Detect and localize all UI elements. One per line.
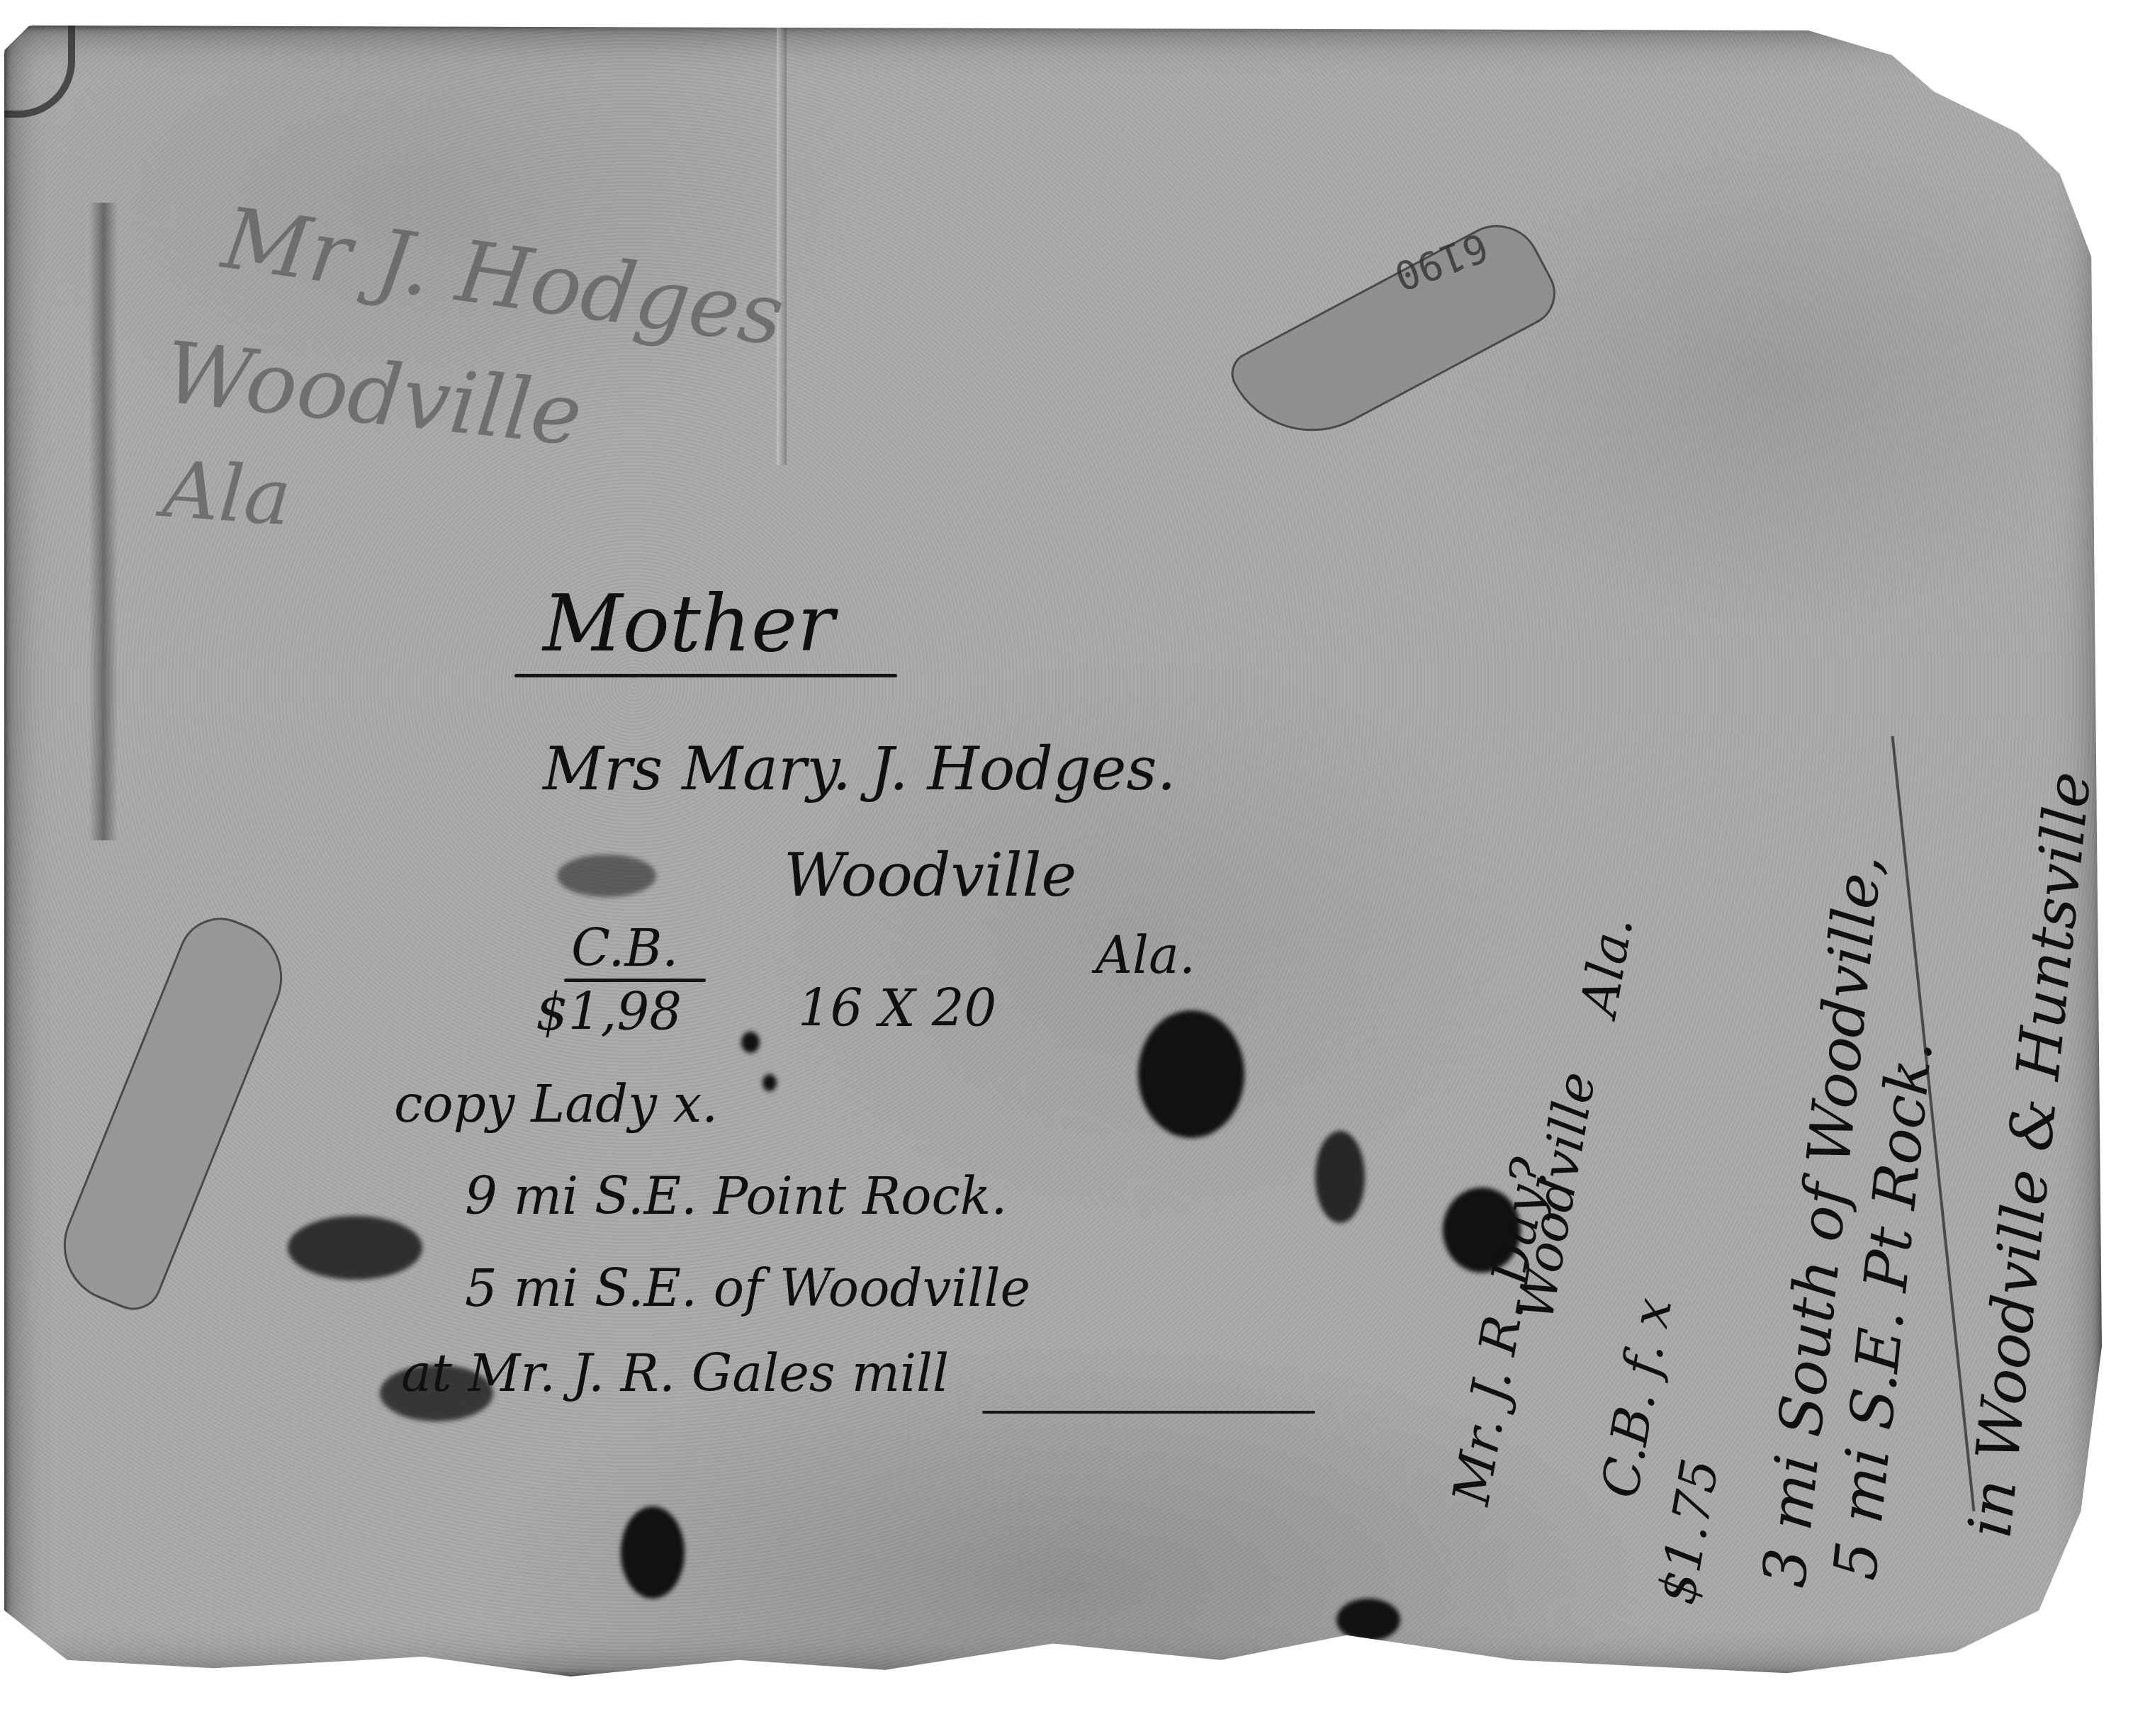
- order-instruction: copy Lady x.: [394, 1074, 718, 1134]
- order-name: Mrs Mary. J. Hodges.: [543, 734, 1176, 804]
- order-location-2: 5 mi S.E. of Woodville: [465, 1258, 1030, 1318]
- order-state: Ala.: [1096, 925, 1195, 985]
- edge-stain: [89, 203, 118, 840]
- ink-blot: [741, 1032, 760, 1053]
- ink-blot: [557, 855, 656, 897]
- abraded-patch: [1224, 210, 1568, 463]
- direction-line-3: in Woodville & Huntsville: [1955, 768, 2105, 1540]
- order-location-3: at Mr. J. R. Gales mill: [401, 1343, 949, 1403]
- order-code: C.B.: [571, 918, 678, 978]
- photo-card-back: Mr J. Hodges Woodville Ala 6190 Mother M…: [4, 26, 2102, 1676]
- mill-underline: [982, 1411, 1315, 1414]
- ink-blot: [288, 1216, 422, 1280]
- fold-crease: [777, 26, 787, 465]
- ink-blot: [1138, 1010, 1244, 1138]
- ink-blot: [621, 1506, 685, 1599]
- corner-curl: [4, 26, 75, 118]
- abraded-patch: [47, 905, 300, 1318]
- order-location-1: 9 mi S.E. Point Rock.: [465, 1166, 1007, 1226]
- order-price: $1,98: [536, 982, 682, 1042]
- vertical-order-state: Ala.: [1568, 912, 1644, 1020]
- heading-underline: [514, 674, 897, 677]
- ink-blot: [762, 1074, 777, 1091]
- pencil-town: Woodville: [160, 324, 587, 466]
- ink-blot: [1315, 1131, 1365, 1223]
- order-size: 16 X 20: [798, 979, 996, 1038]
- ink-blot: [1336, 1599, 1400, 1641]
- vertical-order-price: $1.75: [1646, 1454, 1730, 1608]
- order-town: Woodville: [784, 840, 1076, 910]
- pencil-state: Ala: [160, 444, 294, 543]
- heading-mother: Mother: [543, 578, 835, 669]
